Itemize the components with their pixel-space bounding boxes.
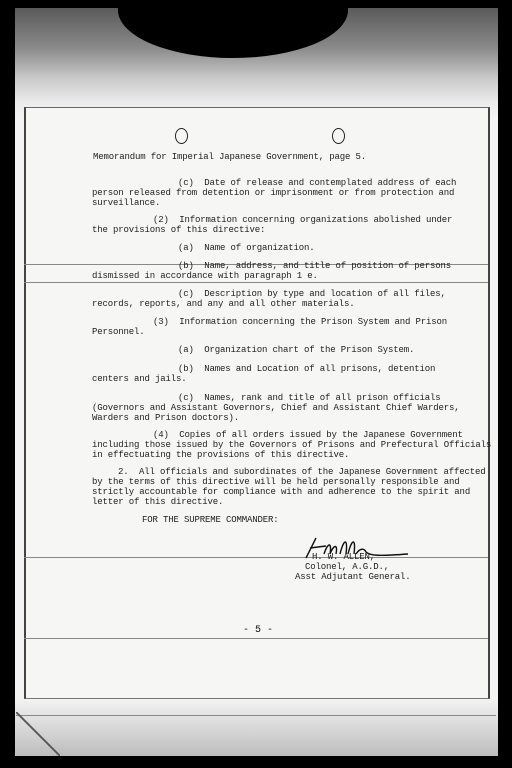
paragraph-line: dismissed in accordance with paragraph 1… — [92, 271, 318, 282]
signatory-rank: Colonel, A.G.D., — [305, 562, 389, 573]
punch-hole-right — [332, 128, 345, 144]
fold-line — [24, 282, 488, 283]
fold-line — [16, 715, 496, 716]
paragraph-line: (c) Date of release and contemplated add… — [178, 178, 456, 189]
page-header: Memorandum for Imperial Japanese Governm… — [93, 152, 366, 163]
paragraph-line: Warders and Prison doctors). — [92, 413, 239, 424]
paragraph-line: (Governors and Assistant Governors, Chie… — [92, 403, 460, 414]
paragraph-line: in effectuating the provisions of this d… — [92, 450, 349, 461]
paragraph-line: Personnel. — [92, 327, 145, 338]
paragraph-line: surveillance. — [92, 198, 160, 209]
paragraph-line: records, reports, and any and all other … — [92, 299, 355, 310]
paragraph-line: centers and jails. — [92, 374, 187, 385]
paragraph-line: 2. All officials and subordinates of the… — [118, 467, 486, 478]
fold-line — [24, 557, 488, 558]
punch-hole-left — [175, 128, 188, 144]
paragraph-line: letter of this directive. — [92, 497, 223, 508]
paragraph-line: (2) Information concerning organizations… — [153, 215, 452, 226]
paragraph-line: (b) Name, address, and title of position… — [178, 261, 451, 272]
fold-line — [24, 638, 488, 639]
paragraph-line: by the terms of this directive will be h… — [92, 477, 460, 488]
paragraph-line: (4) Copies of all orders issued by the J… — [153, 430, 463, 441]
paragraph-line: (a) Name of organization. — [178, 243, 315, 254]
page-number: - 5 - — [243, 625, 273, 636]
paragraph-line: (b) Names and Location of all prisons, d… — [178, 364, 435, 375]
paragraph-line: (3) Information concerning the Prison Sy… — [153, 317, 447, 328]
paragraph-line: the provisions of this directive: — [92, 225, 265, 236]
paragraph-line: (c) Description by type and location of … — [178, 289, 446, 300]
paragraph-line: including those issued by the Governors … — [92, 440, 491, 451]
paragraph-line: (c) Names, rank and title of all prison … — [178, 393, 441, 404]
paragraph-line: person released from detention or impris… — [92, 188, 454, 199]
signatory-title: Asst Adjutant General. — [295, 572, 411, 583]
paragraph-line: strictly accountable for compliance with… — [92, 487, 470, 498]
folded-corner — [16, 712, 60, 756]
signatory-name: H. W. ALLEN, — [312, 552, 375, 563]
paragraph-line: (a) Organization chart of the Prison Sys… — [178, 345, 414, 356]
closing-line: FOR THE SUPREME COMMANDER: — [142, 515, 279, 526]
